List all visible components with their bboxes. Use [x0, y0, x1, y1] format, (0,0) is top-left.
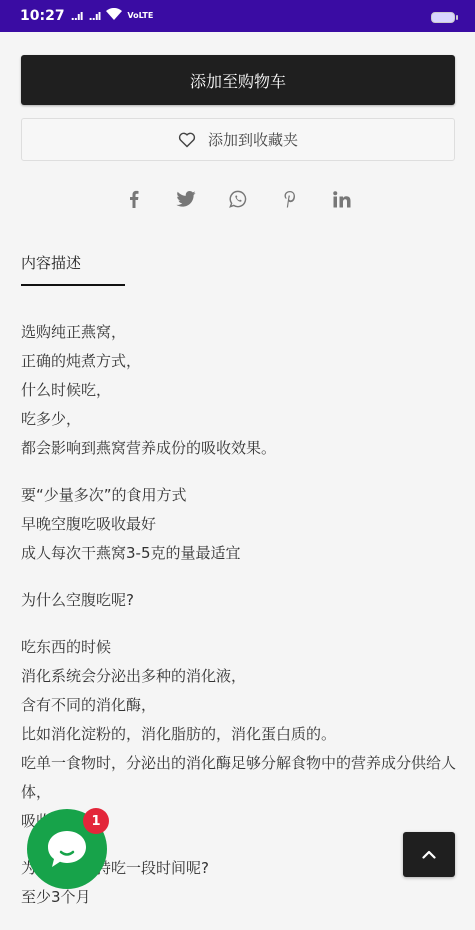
description-paragraph: 选购纯正燕窝， 正确的炖煮方式， 什么时候吃， 吃多少， 都会影响到燕窝营养成份… — [21, 318, 461, 463]
add-to-wishlist-label: 添加到收藏夹 — [208, 129, 298, 150]
twitter-icon[interactable] — [160, 186, 212, 212]
description-line: 含有不同的消化酶， — [21, 696, 156, 714]
share-bar — [0, 186, 475, 212]
description-line: 什么时候吃， — [21, 381, 111, 399]
linkedin-icon[interactable] — [316, 186, 368, 212]
heart-icon — [178, 132, 196, 148]
volte-icon: VoLTE — [127, 12, 143, 20]
pinterest-icon[interactable] — [264, 186, 316, 212]
description-line: 消化系统会分泌出多种的消化液， — [21, 667, 246, 685]
signal-icon-2: ..ıl — [88, 10, 100, 23]
status-time: 10:27 — [20, 8, 65, 24]
description-line: 都会影响到燕窝营养成份的吸收效果。 — [21, 439, 276, 457]
whatsapp-icon[interactable] — [212, 186, 264, 212]
chat-unread-badge: 1 — [83, 808, 109, 834]
description-line: 选购纯正燕窝， — [21, 323, 126, 341]
tab-description[interactable]: 内容描述 — [21, 252, 81, 273]
description-paragraph: 要“少量多次”的食用方式 早晚空腹吃吸收最好 成人每次干燕窝3-5克的量最适宜 — [21, 481, 461, 568]
description-line: 为什么空腹吃呢? — [21, 591, 134, 609]
facebook-icon[interactable] — [108, 186, 160, 212]
description-paragraph: 为什么空腹吃呢? — [21, 586, 461, 615]
description-line: 比如消化淀粉的，消化脂肪的，消化蛋白质的。 — [21, 725, 336, 743]
battery-icon — [431, 12, 455, 23]
status-bar: 10:27 ..ıl ..ıl VoLTE — [0, 0, 475, 32]
tab-active-underline — [21, 284, 125, 286]
description-line: 早晚空腹吃吸收最好 — [21, 515, 156, 533]
chevron-up-icon — [422, 850, 436, 859]
description-line: 吃多少， — [21, 410, 81, 428]
add-to-cart-label: 添加至购物车 — [190, 69, 286, 92]
description-line: 吃东西的时候 — [21, 638, 111, 656]
add-to-cart-button[interactable]: 添加至购物车 — [21, 55, 455, 105]
add-to-wishlist-button[interactable]: 添加到收藏夹 — [21, 118, 455, 161]
description-line: 成人每次干燕窝3-5克的量最适宜 — [21, 544, 241, 562]
chat-bubble-icon — [45, 828, 89, 870]
signal-icon: ..ıl — [71, 10, 83, 23]
wifi-icon — [106, 8, 122, 24]
description-paragraph: 吃东西的时候 消化系统会分泌出多种的消化液， 含有不同的消化酶， 比如消化淀粉的… — [21, 633, 461, 836]
description-line: 至少3个月 — [21, 888, 91, 900]
description-line: 正确的炖煮方式， — [21, 352, 141, 370]
back-to-top-button[interactable] — [403, 832, 455, 877]
description-line: 吃单一食物时，分泌出的消化酶足够分解食物中的营养成分供给人体， — [21, 754, 456, 801]
description-line: 要“少量多次”的食用方式 — [21, 486, 187, 504]
